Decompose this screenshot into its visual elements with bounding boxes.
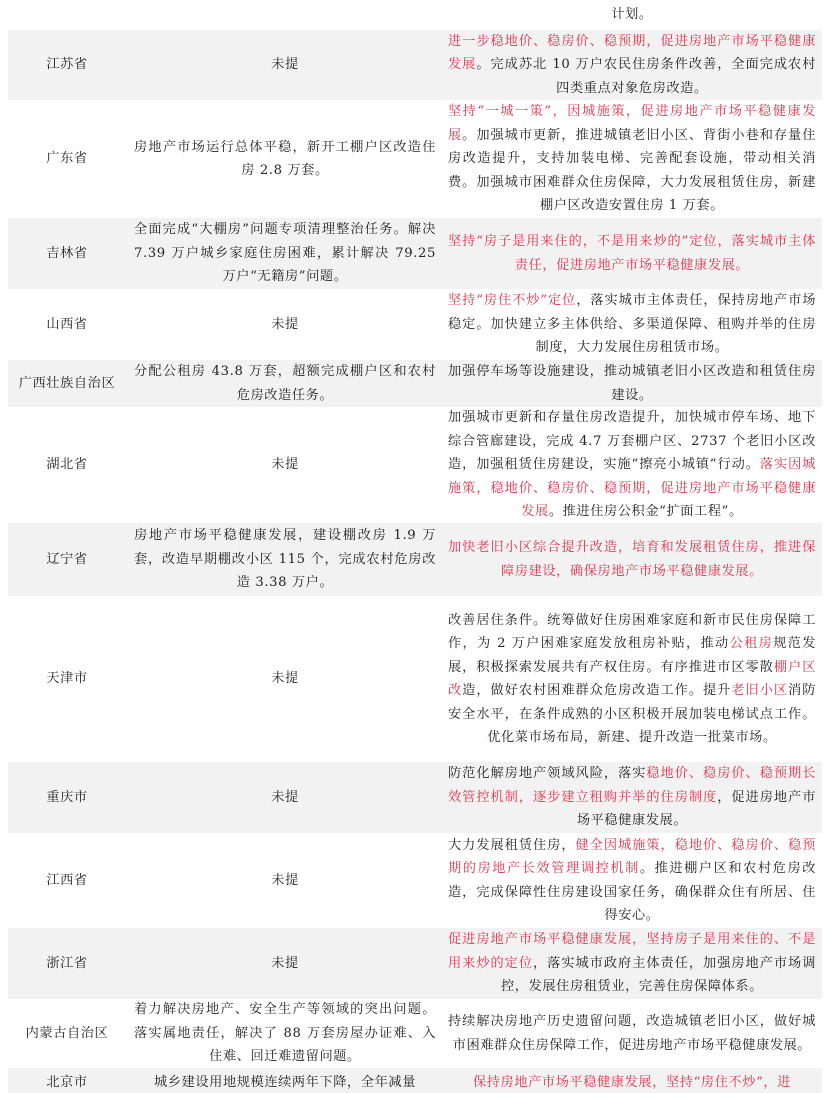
table-row: 辽宁省房地产市场平稳健康发展，建设棚改房 1.9 万套，改造早期棚改小区 115… <box>8 523 822 596</box>
policy-text: 。加强城市更新，推进城镇老旧小区、背街小巷和存量住房改造提升，支持加装电梯、完善… <box>448 128 816 214</box>
region-cell: 天津市 <box>8 596 126 762</box>
plan-text: 防范化解房地产领域风险，落实稳地价、稳房价、稳预期长效管控机制，逐步建立租购并举… <box>448 762 816 833</box>
plan-cell: 持续解决房地产历史遗留问题，改造城镇老旧小区，做好城市困难群众住房保障工作，促进… <box>444 999 822 1068</box>
review-text: 分配公租房 43.8 万套，超额完成棚户区和农村危房改造任务。 <box>134 360 436 407</box>
region-cell: 辽宁省 <box>8 523 126 596</box>
highlighted-policy-text: 公租房 <box>730 636 774 651</box>
plan-cell: 坚持“房住不炒”定位，落实城市主体责任，保持房地产市场稳定。加快建立多主体供给、… <box>444 289 822 360</box>
table-row: 天津市未提改善居住条件。统筹做好住房困难家庭和新市民住房保障工作，为 2 万户困… <box>8 596 822 762</box>
policy-text: 。完成苏北 10 万户农民住房条件改善，全面完成农村四类重点对象危房改造。 <box>476 57 816 96</box>
review-cell: 未提 <box>126 833 444 928</box>
review-text: 房地产市场运行总体平稳，新开工棚户区改造住房 2.8 万套。 <box>134 136 436 183</box>
table-row: 江西省未提大力发展租赁住房，健全因城施策，稳地价、稳房价、稳预期的房地产长效管理… <box>8 833 822 928</box>
review-text: 未提 <box>134 667 436 691</box>
highlighted-policy-text: 保持房地产市场平稳健康发展，坚持“房住不炒”，进 <box>473 1075 791 1090</box>
policy-text: 计划。 <box>611 7 652 22</box>
policy-text: 造，做好农村困难群众危房改造工作。提升 <box>462 683 731 698</box>
plan-cell: 加强城市更新和存量住房改造提升，加快城市停车场、地下综合管廊建设，完成 4.7 … <box>444 407 822 523</box>
policy-text: 大力发展租赁住房， <box>448 838 576 853</box>
plan-cell: 改善居住条件。统筹做好住房困难家庭和新市民住房保障工作，为 2 万户困难家庭发放… <box>444 596 822 762</box>
region-cell: 江西省 <box>8 833 126 928</box>
plan-cell: 进一步稳地价、稳房价、稳预期，促进房地产市场平稳健康发展。完成苏北 10 万户农… <box>444 30 822 100</box>
plan-text: 加强城市更新和存量住房改造提升，加快城市停车场、地下综合管廊建设，完成 4.7 … <box>448 406 816 524</box>
plan-text: 加强停车场等设施建设，推动城镇老旧小区改造和租赁住房建设。 <box>448 360 816 407</box>
plan-text: 计划。 <box>448 3 816 27</box>
review-cell: 分配公租房 43.8 万套，超额完成棚户区和农村危房改造任务。 <box>126 360 444 407</box>
table-row: 广东省房地产市场运行总体平稳，新开工棚户区改造住房 2.8 万套。坚持“一城一策… <box>8 100 822 218</box>
plan-text: 保持房地产市场平稳健康发展，坚持“房住不炒”，进 <box>448 1071 816 1093</box>
policy-text: 。推进住房公积金“扩面工程”。 <box>549 504 743 519</box>
table-row: 湖北省未提加强城市更新和存量住房改造提升，加快城市停车场、地下综合管廊建设，完成… <box>8 407 822 523</box>
review-text: 未提 <box>134 453 436 477</box>
policy-text: 持续解决房地产历史遗留问题，改造城镇老旧小区，做好城市困难群众住房保障工作，促进… <box>448 1014 816 1053</box>
review-cell: 城乡建设用地规模连续两年下降，全年减量 <box>126 1068 444 1093</box>
review-text: 未提 <box>134 869 436 893</box>
region-cell: 湖北省 <box>8 407 126 523</box>
policy-text: 防范化解房地产领域风险，落实 <box>448 766 646 781</box>
review-text: 全面完成“大棚房”问题专项清理整治任务。解决 7.39 万户城乡家庭住房困难，累… <box>134 218 436 289</box>
table-row: 计划。 <box>8 0 822 30</box>
plan-cell: 加强停车场等设施建设，推动城镇老旧小区改造和租赁住房建设。 <box>444 360 822 407</box>
table-row: 广西壮族自治区分配公租房 43.8 万套，超额完成棚户区和农村危房改造任务。加强… <box>8 360 822 407</box>
table-row: 江苏省未提进一步稳地价、稳房价、稳预期，促进房地产市场平稳健康发展。完成苏北 1… <box>8 30 822 100</box>
region-cell: 江苏省 <box>8 30 126 100</box>
review-cell: 房地产市场运行总体平稳，新开工棚户区改造住房 2.8 万套。 <box>126 100 444 218</box>
review-cell: 未提 <box>126 596 444 762</box>
plan-cell: 防范化解房地产领域风险，落实稳地价、稳房价、稳预期长效管控机制，逐步建立租购并举… <box>444 762 822 833</box>
review-text: 城乡建设用地规模连续两年下降，全年减量 <box>134 1071 436 1093</box>
review-cell: 未提 <box>126 762 444 833</box>
review-text: 未提 <box>134 786 436 810</box>
plan-text: 持续解决房地产历史遗留问题，改造城镇老旧小区，做好城市困难群众住房保障工作，促进… <box>448 1010 816 1057</box>
policy-comparison-table: 计划。江苏省未提进一步稳地价、稳房价、稳预期，促进房地产市场平稳健康发展。完成苏… <box>8 0 822 1093</box>
highlighted-policy-text: 坚持“房子是用来住的，不是用来炒的”定位，落实城市主体责任，促进房地产市场平稳健… <box>448 234 816 273</box>
table-row: 山西省未提坚持“房住不炒”定位，落实城市主体责任，保持房地产市场稳定。加快建立多… <box>8 289 822 360</box>
plan-text: 坚持“房子是用来住的，不是用来炒的”定位，落实城市主体责任，促进房地产市场平稳健… <box>448 230 816 277</box>
region-cell: 广东省 <box>8 100 126 218</box>
table-row: 内蒙古自治区着力解决房地产、安全生产等领域的突出问题。落实属地责任，解决了 88… <box>8 999 822 1068</box>
review-cell: 未提 <box>126 30 444 100</box>
review-text: 未提 <box>134 313 436 337</box>
policy-text: 加强停车场等设施建设，推动城镇老旧小区改造和租赁住房建设。 <box>448 364 816 403</box>
plan-text: 促进房地产市场平稳健康发展，坚持房子是用来住的、不是用来炒的定位，落实城市政府主… <box>448 928 816 999</box>
plan-cell: 大力发展租赁住房，健全因城施策，稳地价、稳房价、稳预期的房地产长效管理调控机制。… <box>444 833 822 928</box>
table-row: 浙江省未提促进房地产市场平稳健康发展，坚持房子是用来住的、不是用来炒的定位，落实… <box>8 928 822 999</box>
region-cell: 吉林省 <box>8 218 126 289</box>
policy-text: ，落实城市政府主体责任，加强房地产市场调控，发展住房租赁业，完善住房保障体系。 <box>501 956 816 995</box>
region-cell: 山西省 <box>8 289 126 360</box>
highlighted-policy-text: 老旧小区 <box>731 683 788 698</box>
plan-cell: 坚持“房子是用来住的，不是用来炒的”定位，落实城市主体责任，促进房地产市场平稳健… <box>444 218 822 289</box>
highlighted-policy-text: 坚持“房住不炒”定位 <box>448 293 576 308</box>
review-cell: 未提 <box>126 289 444 360</box>
plan-cell: 促进房地产市场平稳健康发展，坚持房子是用来住的、不是用来炒的定位，落实城市政府主… <box>444 928 822 999</box>
plan-text: 大力发展租赁住房，健全因城施策，稳地价、稳房价、稳预期的房地产长效管理调控机制。… <box>448 834 816 928</box>
review-text: 着力解决房地产、安全生产等领域的突出问题。落实属地责任，解决了 88 万套房屋办… <box>134 998 436 1069</box>
region-cell: 北京市 <box>8 1068 126 1093</box>
region-cell: 广西壮族自治区 <box>8 360 126 407</box>
region-cell <box>8 0 126 30</box>
region-cell: 重庆市 <box>8 762 126 833</box>
review-cell <box>126 0 444 30</box>
review-text: 未提 <box>134 53 436 77</box>
plan-cell: 加快老旧小区综合提升改造，培育和发展租赁住房，推进保障房建设，确保房地产市场平稳… <box>444 523 822 596</box>
plan-cell: 保持房地产市场平稳健康发展，坚持“房住不炒”，进 <box>444 1068 822 1093</box>
table-row: 重庆市未提防范化解房地产领域风险，落实稳地价、稳房价、稳预期长效管控机制，逐步建… <box>8 762 822 833</box>
plan-text: 加快老旧小区综合提升改造，培育和发展租赁住房，推进保障房建设，确保房地产市场平稳… <box>448 536 816 583</box>
review-cell: 房地产市场平稳健康发展，建设棚改房 1.9 万套，改造早期棚改小区 115 个，… <box>126 523 444 596</box>
plan-cell: 坚持“一城一策”，因城施策，促进房地产市场平稳健康发展。加强城市更新，推进城镇老… <box>444 100 822 218</box>
table-row: 吉林省全面完成“大棚房”问题专项清理整治任务。解决 7.39 万户城乡家庭住房困… <box>8 218 822 289</box>
plan-cell: 计划。 <box>444 0 822 30</box>
review-text: 房地产市场平稳健康发展，建设棚改房 1.9 万套，改造早期棚改小区 115 个，… <box>134 524 436 595</box>
plan-text: 坚持“一城一策”，因城施策，促进房地产市场平稳健康发展。加强城市更新，推进城镇老… <box>448 100 816 218</box>
plan-text: 坚持“房住不炒”定位，落实城市主体责任，保持房地产市场稳定。加快建立多主体供给、… <box>448 289 816 360</box>
review-cell: 未提 <box>126 407 444 523</box>
review-text: 未提 <box>134 952 436 976</box>
region-cell: 浙江省 <box>8 928 126 999</box>
plan-text: 进一步稳地价、稳房价、稳预期，促进房地产市场平稳健康发展。完成苏北 10 万户农… <box>448 30 816 101</box>
highlighted-policy-text: 加快老旧小区综合提升改造，培育和发展租赁住房，推进保障房建设，确保房地产市场平稳… <box>448 540 816 579</box>
review-cell: 着力解决房地产、安全生产等领域的突出问题。落实属地责任，解决了 88 万套房屋办… <box>126 999 444 1068</box>
plan-text: 改善居住条件。统筹做好住房困难家庭和新市民住房保障工作，为 2 万户困难家庭发放… <box>448 609 816 750</box>
table-row: 北京市城乡建设用地规模连续两年下降，全年减量保持房地产市场平稳健康发展，坚持“房… <box>8 1068 822 1093</box>
region-cell: 内蒙古自治区 <box>8 999 126 1068</box>
review-cell: 全面完成“大棚房”问题专项清理整治任务。解决 7.39 万户城乡家庭住房困难，累… <box>126 218 444 289</box>
review-cell: 未提 <box>126 928 444 999</box>
